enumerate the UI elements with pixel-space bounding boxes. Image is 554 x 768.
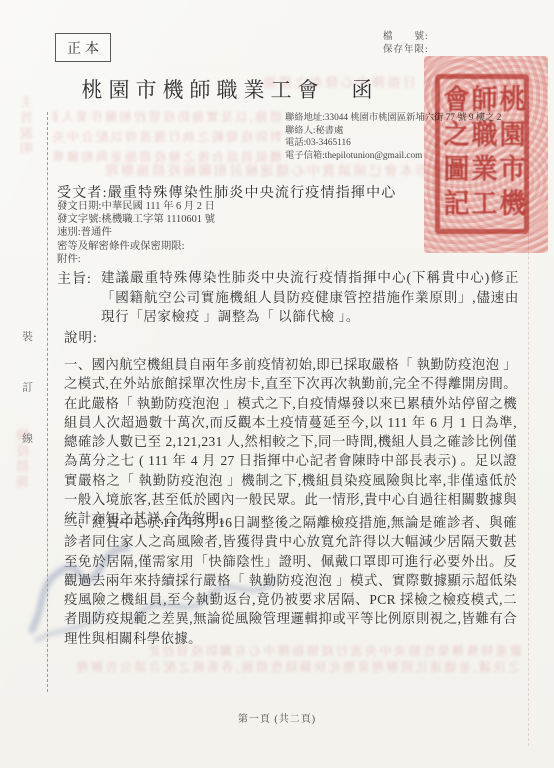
subject-text: 建議嚴重特殊傳染性肺炎中央流行疫情指揮中心(下稱貴中心)修正「國籍航空公司實施機… (101, 268, 519, 327)
bleedthrough-text: 主旨說明 (18, 95, 37, 185)
meta-attachment: 附件: (57, 253, 215, 266)
file-reference-block: 檔 號: 保存年限: (383, 31, 429, 57)
binding-mark-zhuang: 裝 (22, 328, 33, 344)
file-number-label: 檔 號: (383, 31, 429, 44)
union-red-seal: 桃園市機 師職業工 會之圖記 (424, 56, 548, 253)
binding-marks: 裝 訂 線 (22, 328, 33, 446)
explanation-paragraph-1: 一、國內航空機組員自兩年多前疫情初始,即已採取嚴格「 執勤防疫泡泡 」之模式,在… (64, 355, 517, 529)
meta-doc-number: 發文字號:桃機職工字第 1110601 號 (57, 213, 215, 226)
retention-period-label: 保存年限: (383, 44, 429, 57)
subject-label: 主旨: (57, 268, 101, 327)
recipient-line: 受文者:嚴重特殊傳染性肺炎中央流行疫情指揮中心 (57, 182, 397, 202)
bleedthrough-text: 措施,以及實施防疫管控相關作業人員 (52, 108, 282, 125)
document-meta-block: 發文日期:中華民國 111 年 6 月 2 日 發文字號:桃機職工字第 1110… (57, 200, 215, 266)
binding-mark-ding: 訂 (22, 379, 33, 395)
original-copy-stamp-box: 正本 (55, 33, 111, 62)
bleedthrough-text: 對防疫規範之執行獲准得以配合中央 (52, 128, 282, 145)
document-title: 桃園市機師職業工會 函 (0, 74, 460, 104)
bleedthrough-text: 上述情形本會已函請貴中心儘速檢討相關檢疫措施辦理 (55, 160, 475, 179)
seal-column-1: 桃園市機 (496, 85, 524, 224)
explanation-paragraph-2: 二、經貴中心於111年5月16日調整後之隔離檢疫措施,無論是確診者、與確診者同住… (64, 513, 517, 648)
bleedthrough-text: 機組員返台後之檢疫措施並與相關單位 (52, 148, 282, 165)
subject-section: 主旨: 建議嚴重特殊傳染性肺炎中央流行疫情指揮中心(下稱貴中心)修正「國籍航空公… (57, 268, 519, 327)
page-number-footer: 第一頁 (共二頁) (0, 710, 554, 725)
seal-column-2: 師職業工 (468, 85, 496, 224)
original-copy-label: 正本 (63, 38, 103, 58)
binding-mark-xian: 線 (22, 430, 33, 446)
explanation-label: 說明: (64, 326, 98, 346)
meta-issue-date: 發文日期:中華民國 111 年 6 月 2 日 (57, 200, 215, 213)
meta-security-class: 密等及解密條件或保密期限: (57, 240, 215, 253)
scanned-official-letter: 以 111 年 5 月 10 日指揮中心發布之措施 措施,以及實施防疫管控相關作… (0, 0, 554, 768)
meta-speed-class: 速別:普通件 (57, 226, 215, 239)
bleedthrough-text: 之決議,並儘速比照辦理常態化快篩陰性措施,各系統之配合請公告辦理 (55, 658, 520, 675)
binding-dashed-line-left (47, 112, 48, 692)
seal-column-3: 會之圖記 (440, 85, 468, 224)
seal-border: 桃園市機 師職業工 會之圖記 (435, 74, 529, 234)
